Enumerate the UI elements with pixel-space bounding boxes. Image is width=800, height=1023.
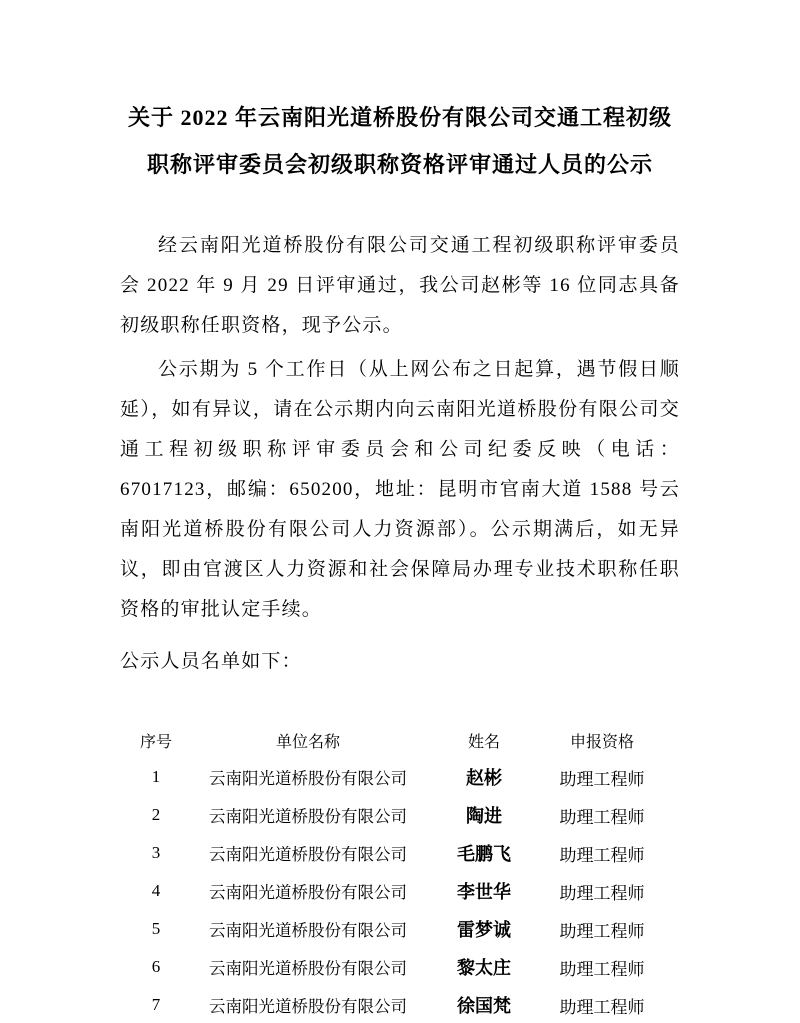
row-serial-number: 4 xyxy=(120,881,192,901)
row-person-name: 毛鹏飞 xyxy=(424,840,544,866)
table-row: 4 云南阳光道桥股份有限公司 李世华 助理工程师 xyxy=(120,872,680,910)
column-header-unit: 单位名称 xyxy=(192,729,424,752)
row-unit-name: 云南阳光道桥股份有限公司 xyxy=(192,765,424,789)
row-unit-name: 云南阳光道桥股份有限公司 xyxy=(192,955,424,979)
column-header-qualification: 申报资格 xyxy=(544,729,660,752)
row-serial-number: 7 xyxy=(120,995,192,1015)
document-page: 关于 2022 年云南阳光道桥股份有限公司交通工程初级职称评审委员会初级职称资格… xyxy=(0,0,800,1023)
table-row: 7 云南阳光道桥股份有限公司 徐国梵 助理工程师 xyxy=(120,986,680,1023)
row-serial-number: 1 xyxy=(120,767,192,787)
row-person-name: 赵彬 xyxy=(424,764,544,790)
paragraph-approval: 经云南阳光道桥股份有限公司交通工程初级职称评审委员会 2022 年 9 月 29… xyxy=(120,226,680,346)
row-unit-name: 云南阳光道桥股份有限公司 xyxy=(192,917,424,941)
document-title: 关于 2022 年云南阳光道桥股份有限公司交通工程初级职称评审委员会初级职称资格… xyxy=(120,0,680,188)
row-qualification: 助理工程师 xyxy=(544,841,660,866)
row-qualification: 助理工程师 xyxy=(544,993,660,1018)
row-person-name: 黎太庄 xyxy=(424,954,544,980)
roster-intro: 公示人员名单如下： xyxy=(120,642,680,682)
table-row: 3 云南阳光道桥股份有限公司 毛鹏飞 助理工程师 xyxy=(120,834,680,872)
row-qualification: 助理工程师 xyxy=(544,955,660,980)
table-row: 6 云南阳光道桥股份有限公司 黎太庄 助理工程师 xyxy=(120,948,680,986)
row-person-name: 陶进 xyxy=(424,802,544,828)
table-row: 5 云南阳光道桥股份有限公司 雷梦诚 助理工程师 xyxy=(120,910,680,948)
row-unit-name: 云南阳光道桥股份有限公司 xyxy=(192,803,424,827)
table-row: 1 云南阳光道桥股份有限公司 赵彬 助理工程师 xyxy=(120,758,680,796)
column-header-no: 序号 xyxy=(120,729,192,752)
table-header-row: 序号 单位名称 姓名 申报资格 xyxy=(120,722,680,758)
table-row: 2 云南阳光道桥股份有限公司 陶进 助理工程师 xyxy=(120,796,680,834)
row-qualification: 助理工程师 xyxy=(544,765,660,790)
roster-table: 序号 单位名称 姓名 申报资格 1 云南阳光道桥股份有限公司 赵彬 助理工程师 … xyxy=(120,722,680,1023)
row-qualification: 助理工程师 xyxy=(544,917,660,942)
row-qualification: 助理工程师 xyxy=(544,803,660,828)
paragraph-publicity-period: 公示期为 5 个工作日（从上网公布之日起算，遇节假日顺延），如有异议，请在公示期… xyxy=(120,350,680,630)
row-serial-number: 5 xyxy=(120,919,192,939)
column-header-name: 姓名 xyxy=(424,729,544,752)
row-person-name: 李世华 xyxy=(424,878,544,904)
row-serial-number: 6 xyxy=(120,957,192,977)
row-unit-name: 云南阳光道桥股份有限公司 xyxy=(192,879,424,903)
row-serial-number: 3 xyxy=(120,843,192,863)
row-qualification: 助理工程师 xyxy=(544,879,660,904)
row-unit-name: 云南阳光道桥股份有限公司 xyxy=(192,993,424,1017)
row-person-name: 雷梦诚 xyxy=(424,916,544,942)
row-person-name: 徐国梵 xyxy=(424,992,544,1018)
row-unit-name: 云南阳光道桥股份有限公司 xyxy=(192,841,424,865)
document-content: 关于 2022 年云南阳光道桥股份有限公司交通工程初级职称评审委员会初级职称资格… xyxy=(120,0,680,1023)
row-serial-number: 2 xyxy=(120,805,192,825)
